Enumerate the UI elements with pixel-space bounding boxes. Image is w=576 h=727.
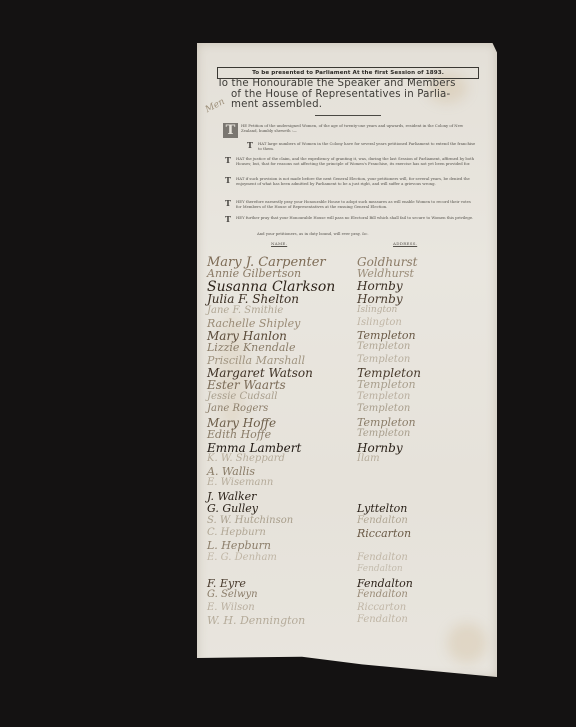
signatory-address: Islington xyxy=(357,317,402,328)
paragraph-text: HAT large numbers of Women in the Colony… xyxy=(258,141,475,151)
paper-stain xyxy=(447,623,487,663)
petition-paragraph-3: T HAT the justice of the claim, and the … xyxy=(223,156,477,166)
signatory-name: Lizzie Knendale xyxy=(207,341,295,354)
petition-paragraph-2: T HAT large numbers of Women in the Colo… xyxy=(245,141,477,151)
petition-paragraph-6: T HEY further pray that your Honourable … xyxy=(223,215,477,224)
signatory-address: Ilam xyxy=(357,453,380,464)
signatory-address: Fendalton xyxy=(357,515,408,526)
signatory-address: Lyttelton xyxy=(357,502,407,515)
address-line-1: To the Honourable the Speaker and Member… xyxy=(217,78,456,89)
address-line-3: ment assembled. xyxy=(217,100,479,111)
ornamental-dropcap: T xyxy=(223,123,238,138)
petition-sheet: To be presented to Parliament At the fir… xyxy=(197,43,497,677)
signatory-name: S. W. Hutchinson xyxy=(207,515,293,526)
signatory-address: Fendalton xyxy=(357,614,408,625)
petition-paragraph-5: T HEY therefore earnestly pray your Hono… xyxy=(223,199,477,209)
divider-rule xyxy=(315,115,381,116)
name-column-heading: NAME. xyxy=(271,241,287,246)
signatory-name: E. Wilson xyxy=(207,602,255,613)
ornamental-dropcap: T xyxy=(223,176,233,185)
ornamental-dropcap: T xyxy=(223,199,233,208)
paragraph-text: HE Petition of the undersigned Women, of… xyxy=(241,123,463,133)
closing-line: And your petitioners, as in duty bound, … xyxy=(257,231,369,236)
signatory-name: Jane Rogers xyxy=(207,403,268,414)
signatory-address: Fendalton xyxy=(357,564,403,574)
signatory-address: Templeton xyxy=(357,354,410,365)
signatory-address: Templeton xyxy=(357,378,416,391)
signatory-address: Templeton xyxy=(357,341,410,352)
signatory-name: Jane F. Smithie xyxy=(207,305,283,316)
signatory-name: G. Gulley xyxy=(207,502,258,515)
signatory-address: Riccarton xyxy=(357,527,411,540)
signatory-name: Ester Waarts xyxy=(207,378,286,392)
ornamental-dropcap: T xyxy=(223,156,233,165)
paragraph-text: HAT the justice of the claim, and the ex… xyxy=(236,156,474,166)
signatory-name: K. W. Sheppard xyxy=(207,453,285,464)
address-column-heading: ADDRESS. xyxy=(393,241,417,246)
signatory-name: G. Selwyn xyxy=(207,589,258,600)
signatory-name: C. Hepburn xyxy=(207,527,266,538)
petition-paragraph-4: T HAT if such provision is not made befo… xyxy=(223,176,477,186)
signatory-name: E. G. Denham xyxy=(207,552,277,563)
paragraph-text: HEY further pray that your Honourable Ho… xyxy=(236,215,473,220)
signatory-address: Fendalton xyxy=(357,589,408,600)
signatory-address: Templeton xyxy=(357,403,410,414)
ornamental-dropcap: T xyxy=(245,141,255,150)
signatory-address: Templeton xyxy=(357,428,410,439)
signatory-name: Jessie Cudsall xyxy=(207,391,277,402)
marginal-note: Men xyxy=(204,97,227,115)
signatory-name: Edith Hoffe xyxy=(207,428,271,441)
signatory-name: E. Wisemann xyxy=(207,477,273,488)
petition-paragraph-1: T HE Petition of the undersigned Women, … xyxy=(223,123,477,138)
signatory-name: Julia F. Shelton xyxy=(207,292,299,306)
signatory-address: Islington xyxy=(357,305,397,315)
paragraph-text: HAT if such provision is not made before… xyxy=(236,176,470,186)
ornamental-dropcap: T xyxy=(223,215,233,224)
signatory-address: Riccarton xyxy=(357,602,406,613)
signatory-name: W. H. Dennington xyxy=(207,614,305,627)
signatory-address: Hornby xyxy=(357,292,403,306)
petition-address-title: To the Honourable the Speaker and Member… xyxy=(217,79,479,111)
signatory-address: Templeton xyxy=(357,391,410,402)
signatory-name: L. Hepburn xyxy=(207,539,271,552)
signatory-address: Fendalton xyxy=(357,552,408,563)
signatory-address: Hornby xyxy=(357,279,403,293)
paragraph-text: HEY therefore earnestly pray your Honour… xyxy=(236,199,471,209)
